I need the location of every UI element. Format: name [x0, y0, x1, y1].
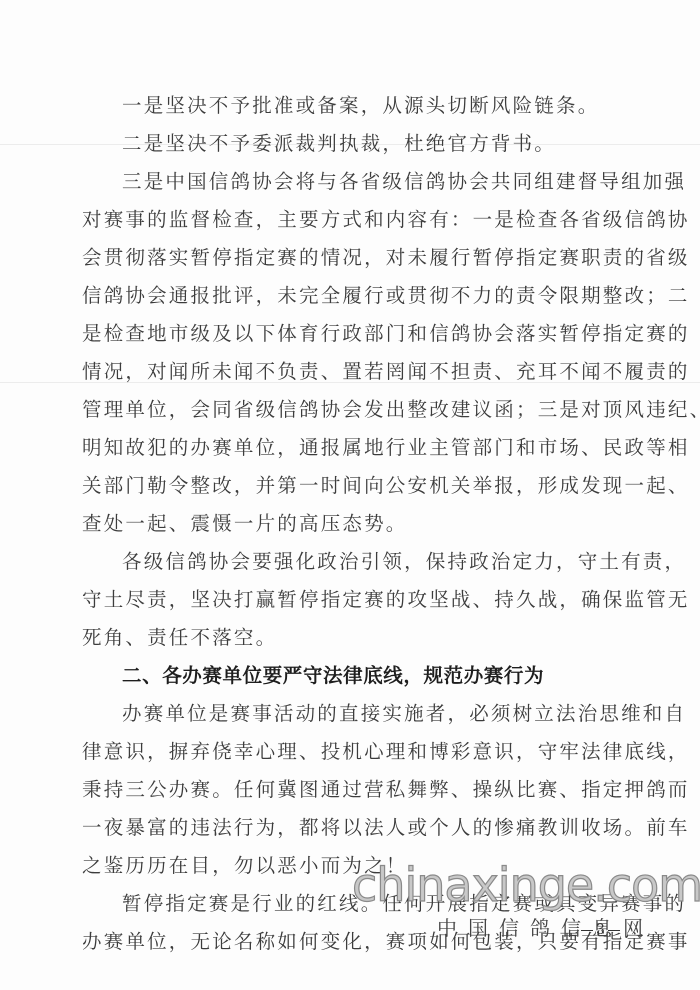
- body-line: 管理单位，会同省级信鸽协会发出整改建议函；三是对顶风违纪、: [82, 398, 622, 422]
- body-line: 三是中国信鸽协会将与各省级信鸽协会共同组建督导组加强: [122, 170, 662, 194]
- body-line: 各级信鸽协会要强化政治引领，保持政治定力，守土有责，: [122, 550, 662, 574]
- body-line: 情况，对闻所未闻不负责、置若罔闻不担责、充耳不闻不履责的: [82, 360, 622, 384]
- body-line: 一夜暴富的违法行为，都将以法人或个人的惨痛教训收场。前车: [82, 816, 622, 840]
- section-heading: 二、各办赛单位要严守法律底线，规范办赛行为: [122, 664, 662, 688]
- body-line: 会贯彻落实暂停指定赛的情况，对未履行暂停指定赛职责的省级: [82, 246, 622, 270]
- body-line: 对赛事的监督检查，主要方式和内容有：一是检查各省级信鸽协: [82, 208, 622, 232]
- site-watermark: chinaxinge.com 中国信鸽信息网: [352, 862, 682, 942]
- page-number: 3: [578, 922, 623, 938]
- body-line: 律意识，摒弃侥幸心理、投机心理和博彩意识，守牢法律底线，: [82, 740, 622, 764]
- page-number-dash: [608, 930, 620, 931]
- body-line: 守土尽责，坚决打赢暂停指定赛的攻坚战、持久战，确保监管无: [82, 588, 622, 612]
- page-number-dash: [581, 930, 593, 931]
- body-line: 二是坚决不予委派裁判执裁，杜绝官方背书。: [122, 132, 662, 156]
- body-line: 是检查地市级及以下体育行政部门和信鸽协会落实暂停指定赛的: [82, 322, 622, 346]
- document-page: 一是坚决不予批准或备案，从源头切断风险链条。 二是坚决不予委派裁判执裁，杜绝官方…: [0, 0, 700, 990]
- body-line: 关部门勒令整改，并第一时间向公安机关举报，形成发现一起、: [82, 474, 622, 498]
- body-line: 查处一起、震慑一片的高压态势。: [82, 512, 622, 536]
- body-line: 办赛单位是赛事活动的直接实施者，必须树立法治思维和自: [122, 702, 662, 726]
- body-line: 明知故犯的办赛单位，通报属地行业主管部门和市场、民政等相: [82, 436, 622, 460]
- body-line: 信鸽协会通报批评，未完全履行或贯彻不力的责令限期整改；二: [82, 284, 622, 308]
- watermark-domain: chinaxinge.com: [352, 862, 700, 908]
- body-line: 死角、责任不落空。: [82, 626, 622, 650]
- body-line: 秉持三公办赛。任何冀图通过营私舞弊、操纵比赛、指定押鸽而: [82, 778, 622, 802]
- body-line: 一是坚决不予批准或备案，从源头切断风险链条。: [122, 94, 662, 118]
- page-number-value: 3: [596, 922, 605, 938]
